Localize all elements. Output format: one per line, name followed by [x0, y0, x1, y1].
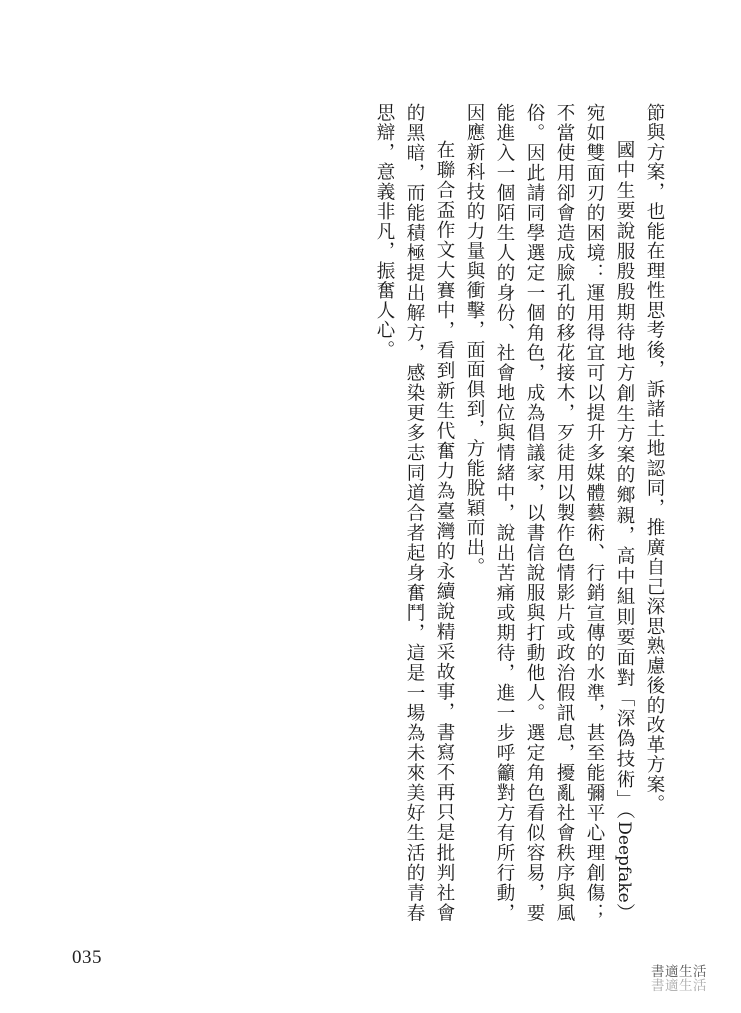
publisher-logo: 書適生活 書適生活 [651, 965, 707, 993]
book-page: 節與方案，也能在理性思考後，訴諸土地認同，推廣自己深思熟慮後的改革方案。 國中生… [0, 0, 741, 1013]
paragraph-2-text-after: ）宛如雙面刃的困境：運用得宜可以提升多媒體藝術、行銷宣傳的水準，甚至能彌平心理創… [464, 103, 635, 923]
page-number: 035 [72, 947, 102, 969]
publisher-logo-reflection: 書適生活 [651, 979, 707, 993]
body-text-vertical: 節與方案，也能在理性思考後，訴諸土地認同，推廣自己深思熟慮後的改革方案。 國中生… [369, 103, 669, 923]
deepfake-term: Deepfake [614, 821, 634, 902]
paragraph-2: 國中生要說服殷殷期待地方創生方案的鄉親，高中組則要面對「深偽技術」（Deepfa… [459, 103, 639, 923]
publisher-logo-text: 書適生活 [651, 965, 707, 979]
paragraph-3: 在聯合盃作文大賽中，看到新生代奮力為臺灣的永續說精采故事，書寫不再只是批判社會的… [369, 103, 459, 923]
paragraph-2-text-before: 國中生要說服殷殷期待地方創生方案的鄉親，高中組則要面對「深偽技術」（ [614, 140, 635, 821]
paragraph-1: 節與方案，也能在理性思考後，訴諸土地認同，推廣自己深思熟慮後的改革方案。 [639, 103, 669, 923]
